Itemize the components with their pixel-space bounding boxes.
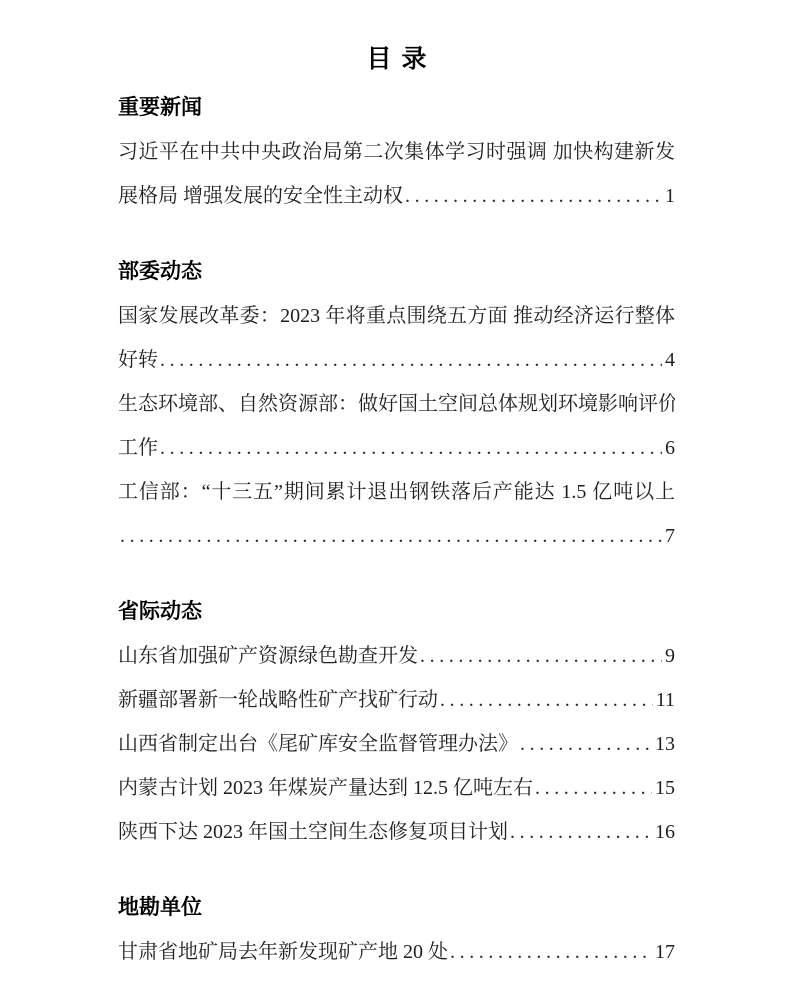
page-number: 15: [652, 766, 675, 810]
toc-entry-last-line: 山东省加强矿产资源绿色勘查开发 9: [118, 634, 675, 678]
toc-entry: 新疆部署新一轮战略性矿产找矿行动 11: [118, 678, 675, 722]
dot-leader: [120, 514, 662, 558]
dot-leader: [440, 678, 653, 722]
page-number: 6: [662, 426, 675, 470]
toc-entry-text: 展格局 增强发展的安全性主动权: [118, 174, 403, 218]
page-number: 1: [662, 174, 675, 218]
page-number: 13: [652, 722, 675, 766]
toc-entry-last-line: 山西省制定出台《尾矿库安全监督管理办法》 13: [118, 722, 675, 766]
page-title: 目录: [118, 42, 675, 76]
toc-entry-last-line: 7: [118, 514, 675, 558]
page-number: 11: [653, 678, 675, 722]
toc-section: 重要新闻 习近平在中共中央政治局第二次集体学习时强调 加快构建新发 展格局 增强…: [118, 86, 675, 218]
toc-entry: 生态环境部、自然资源部：做好国土空间总体规划环境影响评价 工作 6: [118, 382, 675, 470]
toc-entry-text: 山西省制定出台《尾矿库安全监督管理办法》: [118, 722, 518, 766]
toc-entry-last-line: 好转 4: [118, 338, 675, 382]
section-heading: 地勘单位: [118, 886, 675, 930]
page-number: 17: [652, 930, 675, 974]
toc-entry: 习近平在中共中央政治局第二次集体学习时强调 加快构建新发 展格局 增强发展的安全…: [118, 130, 675, 218]
dot-leader: [160, 338, 662, 382]
toc-entry-text: 内蒙古计划 2023 年煤炭产量达到 12.5 亿吨左右: [118, 766, 533, 810]
toc-entry: 甘肃省地矿局去年新发现矿产地 20 处 17: [118, 930, 675, 974]
toc-entry-text: 甘肃省地矿局去年新发现矿产地 20 处: [118, 930, 448, 974]
dot-leader: [535, 766, 652, 810]
toc-entry: 山西省制定出台《尾矿库安全监督管理办法》 13: [118, 722, 675, 766]
dot-leader: [450, 930, 652, 974]
toc-entry-last-line: 新疆部署新一轮战略性矿产找矿行动 11: [118, 678, 675, 722]
dot-leader: [160, 426, 662, 470]
toc-entry: 陕西下达 2023 年国土空间生态修复项目计划 16: [118, 810, 675, 854]
page-number: 4: [662, 338, 675, 382]
page-number: 7: [662, 514, 675, 558]
toc-entry-text: 陕西下达 2023 年国土空间生态修复项目计划: [118, 810, 508, 854]
page-number: 16: [652, 810, 675, 854]
toc-entry-text: 好转: [118, 338, 158, 382]
toc-entry-last-line: 内蒙古计划 2023 年煤炭产量达到 12.5 亿吨左右 15: [118, 766, 675, 810]
page-number: 9: [662, 634, 675, 678]
toc-entry-last-line: 陕西下达 2023 年国土空间生态修复项目计划 16: [118, 810, 675, 854]
section-heading: 部委动态: [118, 250, 675, 294]
toc-entry: 内蒙古计划 2023 年煤炭产量达到 12.5 亿吨左右 15: [118, 766, 675, 810]
toc-entry-text: 新疆部署新一轮战略性矿产找矿行动: [118, 678, 438, 722]
toc-entry-text: 工作: [118, 426, 158, 470]
toc-section: 省际动态 山东省加强矿产资源绿色勘查开发 9 新疆部署新一轮战略性矿产找矿行动 …: [118, 590, 675, 854]
dot-leader: [420, 634, 662, 678]
toc-entry: 国家发展改革委：2023 年将重点围绕五方面 推动经济运行整体 好转 4: [118, 294, 675, 382]
toc-entry: 山东省加强矿产资源绿色勘查开发 9: [118, 634, 675, 678]
toc-entry-last-line: 展格局 增强发展的安全性主动权 1: [118, 174, 675, 218]
toc-entry-last-line: 甘肃省地矿局去年新发现矿产地 20 处 17: [118, 930, 675, 974]
toc-entry-text: 生态环境部、自然资源部：做好国土空间总体规划环境影响评价: [118, 382, 675, 426]
toc-entry: 工信部：“十三五”期间累计退出钢铁落后产能达 1.5 亿吨以上 7: [118, 470, 675, 558]
dot-leader: [510, 810, 652, 854]
toc-entry-text: 国家发展改革委：2023 年将重点围绕五方面 推动经济运行整体: [118, 294, 675, 338]
section-heading: 重要新闻: [118, 86, 675, 130]
section-heading: 省际动态: [118, 590, 675, 634]
dot-leader: [520, 722, 652, 766]
toc-section: 地勘单位 甘肃省地矿局去年新发现矿产地 20 处 17: [118, 886, 675, 974]
toc-section: 部委动态 国家发展改革委：2023 年将重点围绕五方面 推动经济运行整体 好转 …: [118, 250, 675, 558]
dot-leader: [405, 174, 662, 218]
toc-entry-last-line: 工作 6: [118, 426, 675, 470]
toc-entry-text: 习近平在中共中央政治局第二次集体学习时强调 加快构建新发: [118, 130, 675, 174]
toc-entry-text: 山东省加强矿产资源绿色勘查开发: [118, 634, 418, 678]
document-page: 目录 重要新闻 习近平在中共中央政治局第二次集体学习时强调 加快构建新发 展格局…: [0, 0, 791, 997]
toc-entry-text: 工信部：“十三五”期间累计退出钢铁落后产能达 1.5 亿吨以上: [118, 470, 675, 514]
